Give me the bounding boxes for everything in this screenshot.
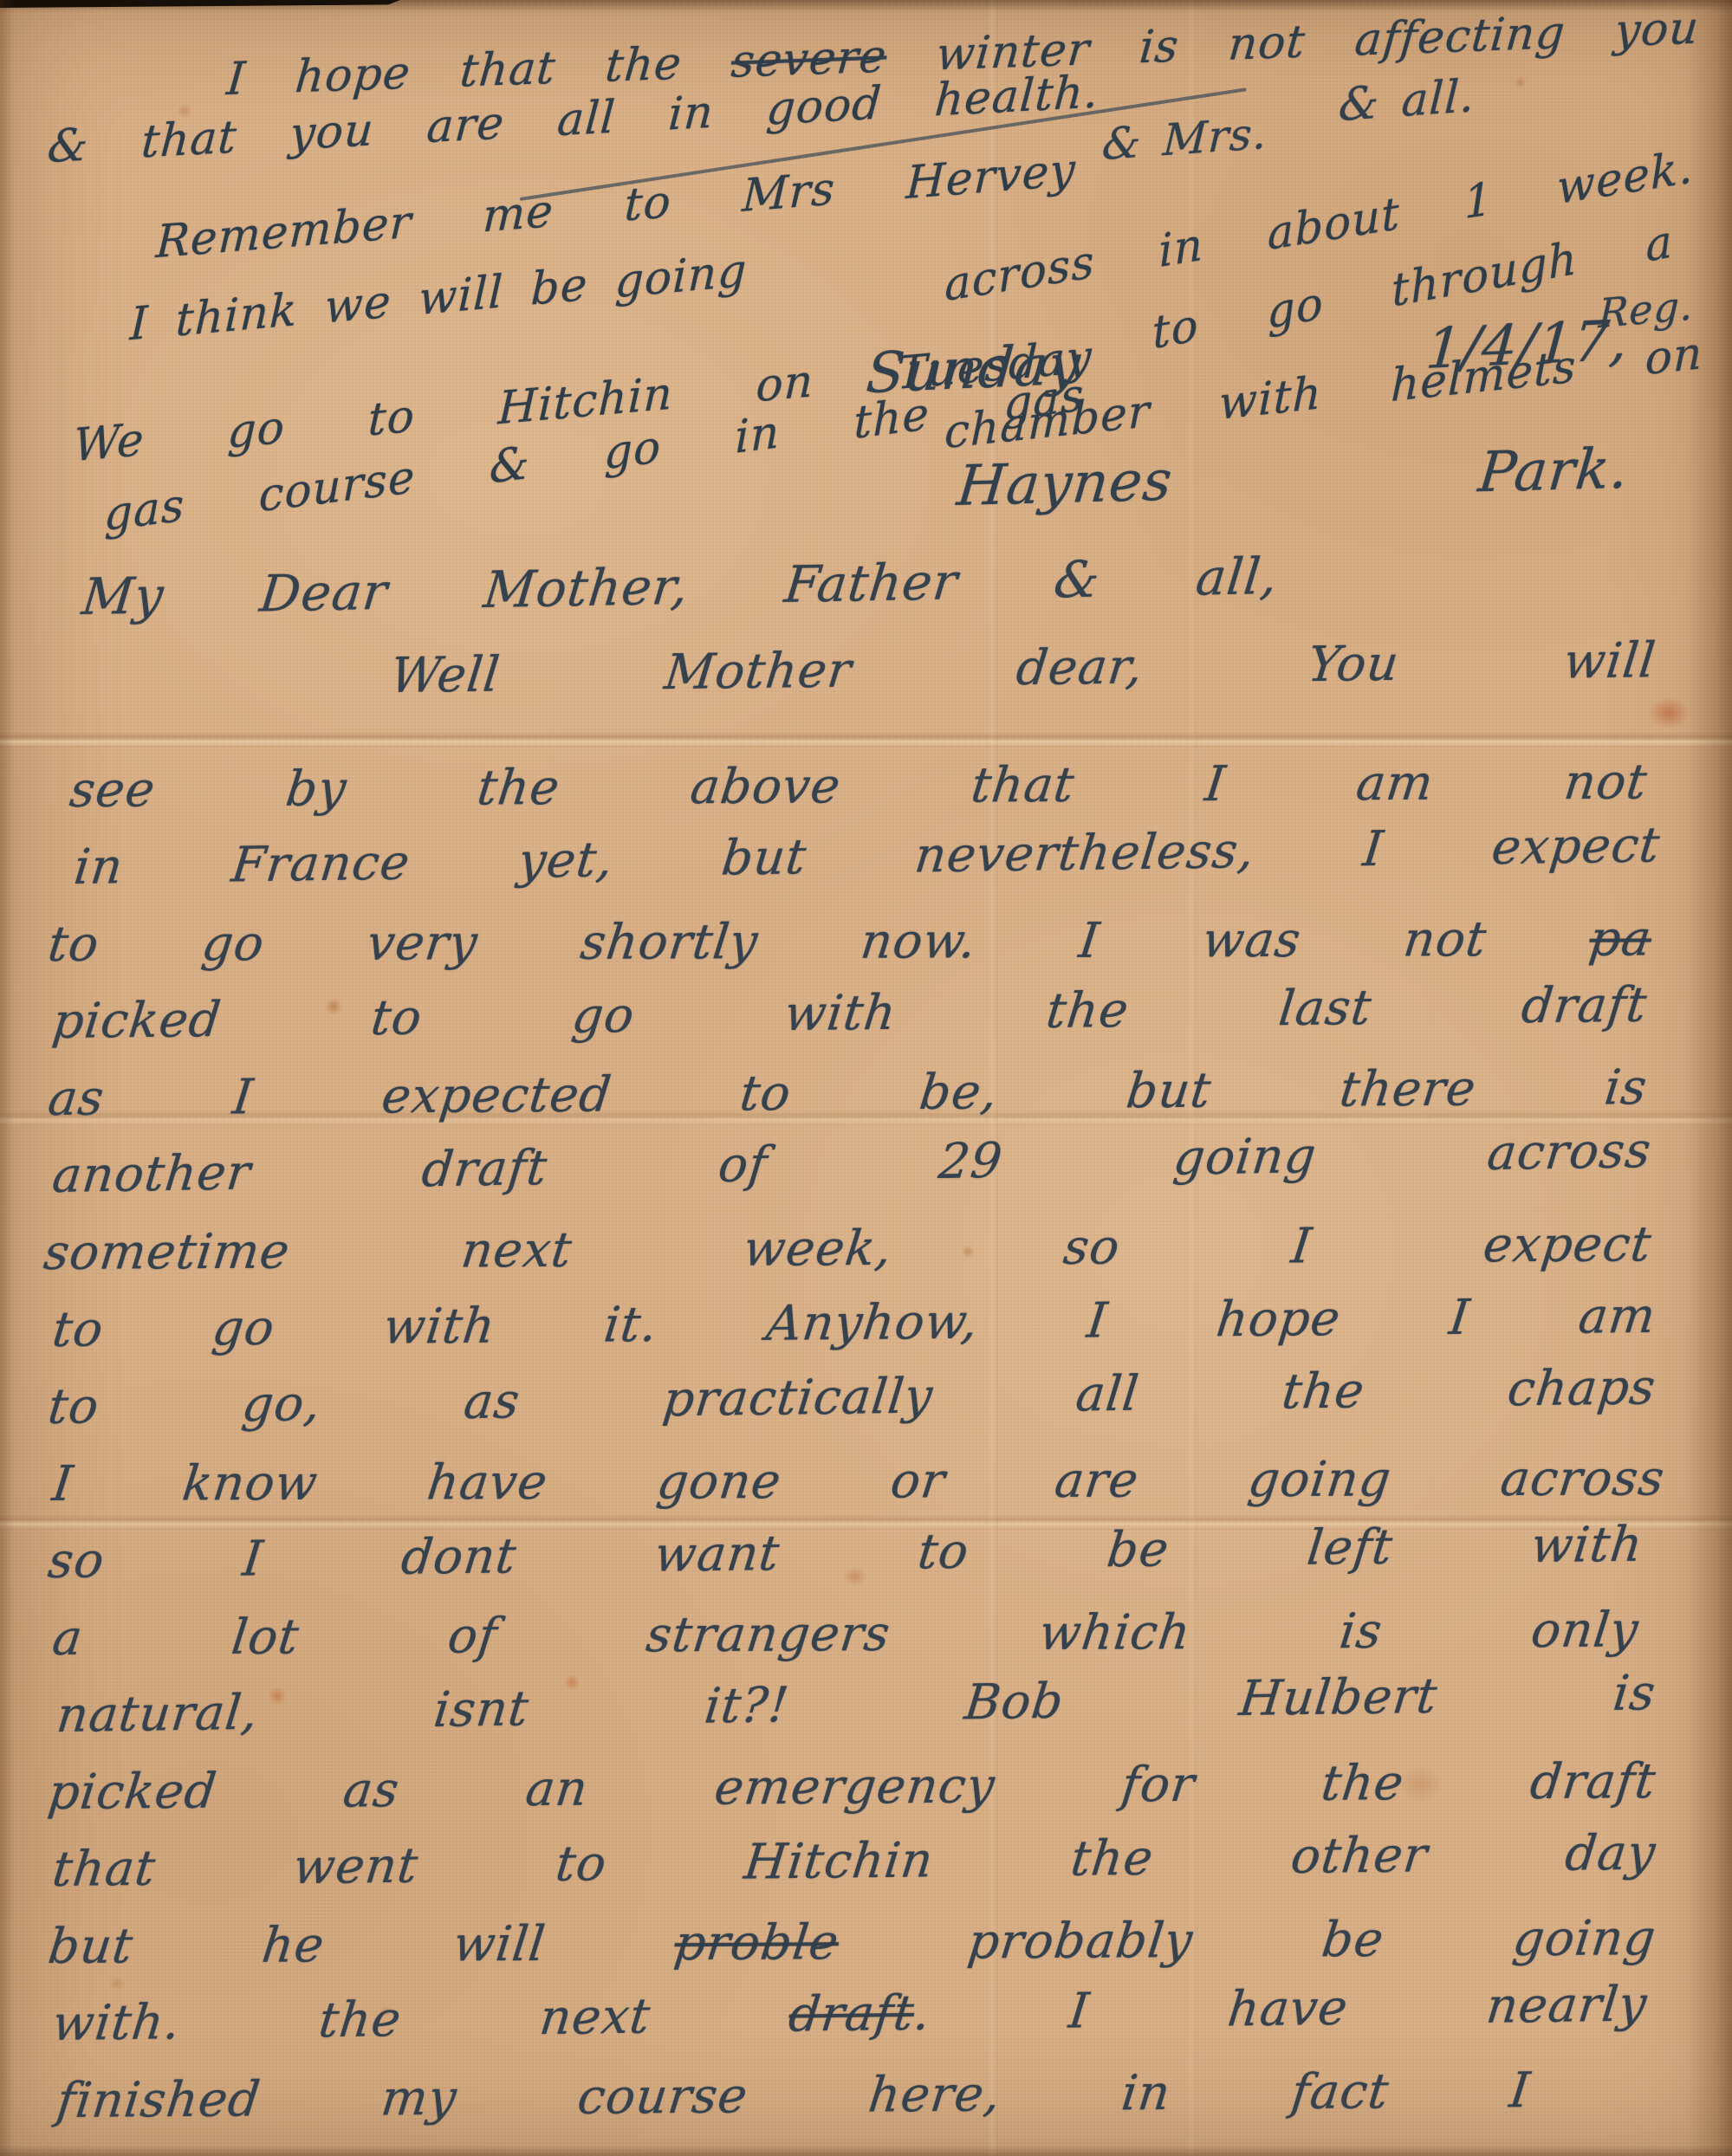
body-line: picked as an emergency for the draft — [43, 1753, 1658, 1836]
salutation: My Dear Mother, Father & all, — [79, 547, 1281, 626]
dateline-place: Haynes Park. — [954, 437, 1631, 519]
body-line: I know have gone or are going across — [48, 1450, 1668, 1527]
margin-note-and-all: & all. — [1337, 70, 1476, 132]
margin-note-and-mrs: & Mrs. — [1100, 107, 1268, 170]
body-line: to go, as practically all the chaps — [43, 1359, 1658, 1450]
body-line: Well Mother dear, You will — [386, 632, 1658, 719]
fold-crease-horizontal-1 — [0, 732, 1732, 748]
scan-edge-bottom — [0, 2146, 1732, 2156]
margin-note-line-3: Remember me to Mrs Hervey — [155, 144, 1077, 269]
body-line: picked to go with the last draft — [48, 977, 1650, 1065]
body-line: with. the next draft. I have nearly — [48, 1976, 1650, 2067]
body-line: to go very shortly now. I was not pa — [43, 911, 1655, 987]
scan-edge-right — [1687, 0, 1732, 2156]
letter-page: I hope that the severe winter is not aff… — [0, 0, 1732, 2156]
body-line: to go with it. Anyhow, I hope I am — [48, 1288, 1658, 1373]
scan-edge-left — [0, 0, 14, 2156]
body-line: sometime next week, so I expect — [39, 1216, 1655, 1296]
body-line: but he will proble probably be going — [43, 1910, 1659, 1990]
body-line: that went to Hitchin the other day — [48, 1825, 1658, 1913]
body-line: finished my course here, in fact I — [52, 2062, 1533, 2144]
